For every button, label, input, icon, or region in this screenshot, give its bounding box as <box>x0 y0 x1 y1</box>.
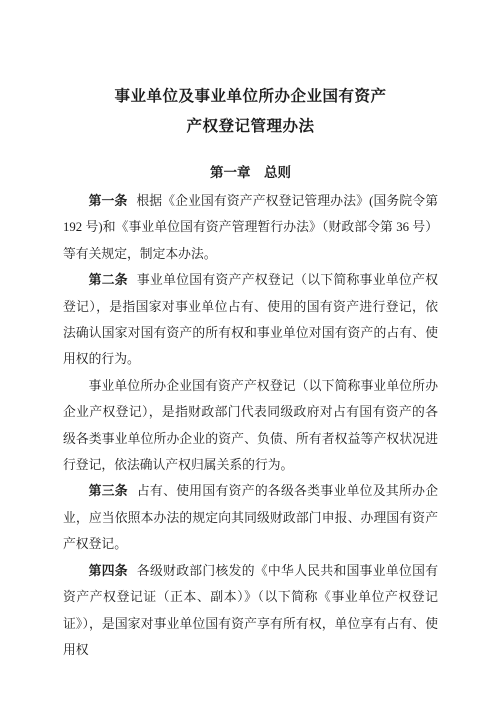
paragraph: 事业单位所办企业国有资产产权登记（以下简称事业单位所办企业产权登记），是指财政部… <box>63 373 438 479</box>
paragraph: 第一条根据《企业国有资产产权登记管理办法》(国务院令第 192 号)和《事业单位… <box>63 188 438 267</box>
chapter-heading: 第一章 总则 <box>63 164 438 182</box>
paragraph: 第四条各级财政部门核发的《中华人民共和国事业单位国有资产产权登记证（正本、副本）… <box>63 558 438 664</box>
article-number-label: 第一条 <box>89 194 128 208</box>
document-page: 事业单位及事业单位所办企业国有资产 产权登记管理办法 第一章 总则 第一条根据《… <box>0 0 500 708</box>
article-number-label: 第二条 <box>89 273 128 287</box>
document-title-line-1: 事业单位及事业单位所办企业国有资产 <box>63 82 438 112</box>
document-content: 事业单位及事业单位所办企业国有资产 产权登记管理办法 第一章 总则 第一条根据《… <box>0 82 500 663</box>
article-number-label: 第三条 <box>89 484 128 498</box>
paragraph-text: 事业单位国有资产产权登记（以下简称事业单位产权登记），是指国家对事业单位占有、使… <box>63 273 438 366</box>
paragraph: 第三条占有、使用国有资产的各级各类事业单位及其所办企业，应当依照本办法的规定向其… <box>63 478 438 557</box>
document-title-line-2: 产权登记管理办法 <box>63 112 438 142</box>
article-number-label: 第四条 <box>89 564 128 578</box>
paragraph-text: 事业单位所办企业国有资产产权登记（以下简称事业单位所办企业产权登记），是指财政部… <box>63 379 438 472</box>
document-title: 事业单位及事业单位所办企业国有资产 产权登记管理办法 <box>63 82 438 142</box>
document-body: 第一条根据《企业国有资产产权登记管理办法》(国务院令第 192 号)和《事业单位… <box>63 188 438 663</box>
paragraph: 第二条事业单位国有资产产权登记（以下简称事业单位产权登记），是指国家对事业单位占… <box>63 267 438 373</box>
